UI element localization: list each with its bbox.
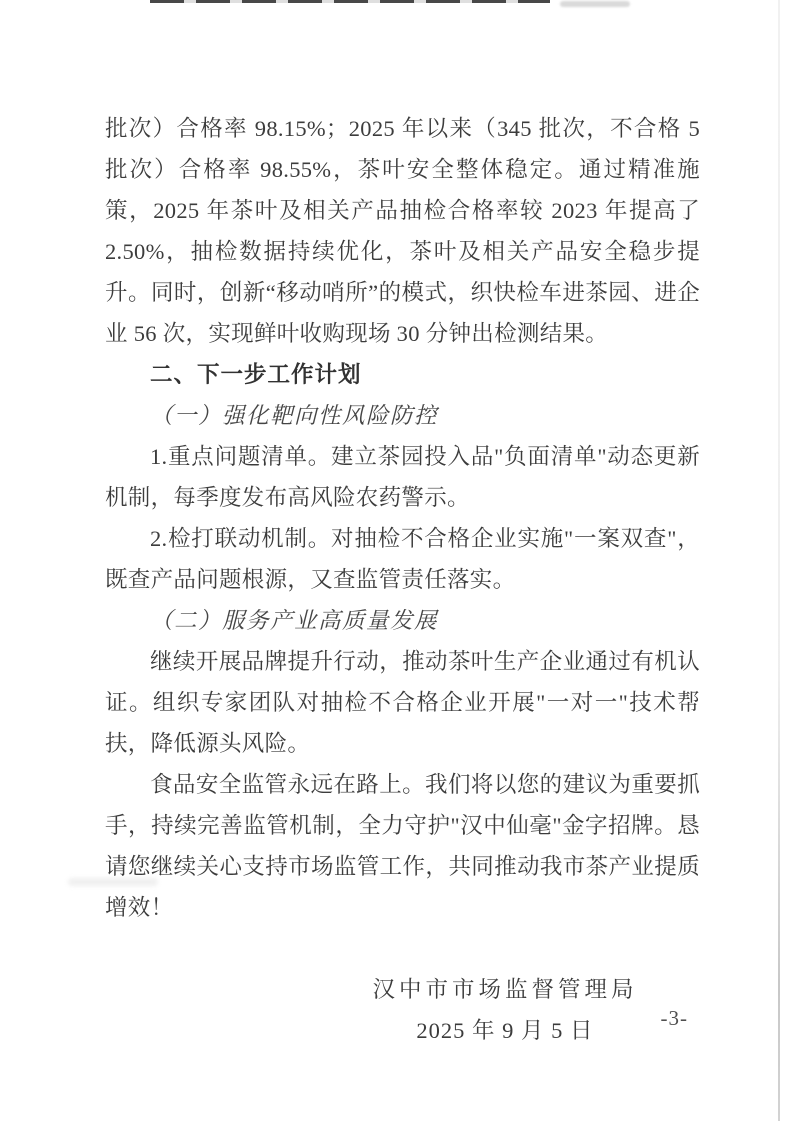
body-paragraph-continuation: 批次）合格率 98.15%；2025 年以来（345 批次，不合格 5 批次）合… xyxy=(105,108,700,354)
page-number: -3- xyxy=(661,1005,689,1031)
signature-organization: 汉中市市场监督管理局 xyxy=(295,969,715,1010)
body-paragraph-item2: 2.检打联动机制。对抽检不合格企业实施"一案双查"，既查产品问题根源，又查监管责… xyxy=(105,518,700,600)
signature-date: 2025 年 9 月 5 日 xyxy=(295,1010,715,1051)
document-body: 批次）合格率 98.15%；2025 年以来（345 批次，不合格 5 批次）合… xyxy=(105,108,700,1051)
scan-artifact-top-line xyxy=(150,0,550,3)
scan-artifact-top-smudge xyxy=(560,1,630,7)
body-paragraph-closing: 食品安全监管永远在路上。我们将以您的建议为重要抓手，持续完善监管机制，全力守护"… xyxy=(105,764,700,928)
document-page: 批次）合格率 98.15%；2025 年以来（345 批次，不合格 5 批次）合… xyxy=(0,0,793,1121)
body-paragraph-brand-action: 继续开展品牌提升行动，推动茶叶生产企业通过有机认证。组织专家团队对抽检不合格企业… xyxy=(105,641,700,764)
body-paragraph-item1: 1.重点问题清单。建立茶园投入品"负面清单"动态更新机制，每季度发布高风险农药警… xyxy=(105,436,700,518)
subsection-heading-risk-prevention: （一）强化靶向性风险防控 xyxy=(105,395,700,436)
signature-block: 汉中市市场监督管理局 2025 年 9 月 5 日 xyxy=(295,969,715,1051)
subsection-heading-industry-development: （二）服务产业高质量发展 xyxy=(105,600,700,641)
section-heading-next-steps: 二、下一步工作计划 xyxy=(105,354,700,395)
scan-artifact-right-line xyxy=(778,0,780,1121)
